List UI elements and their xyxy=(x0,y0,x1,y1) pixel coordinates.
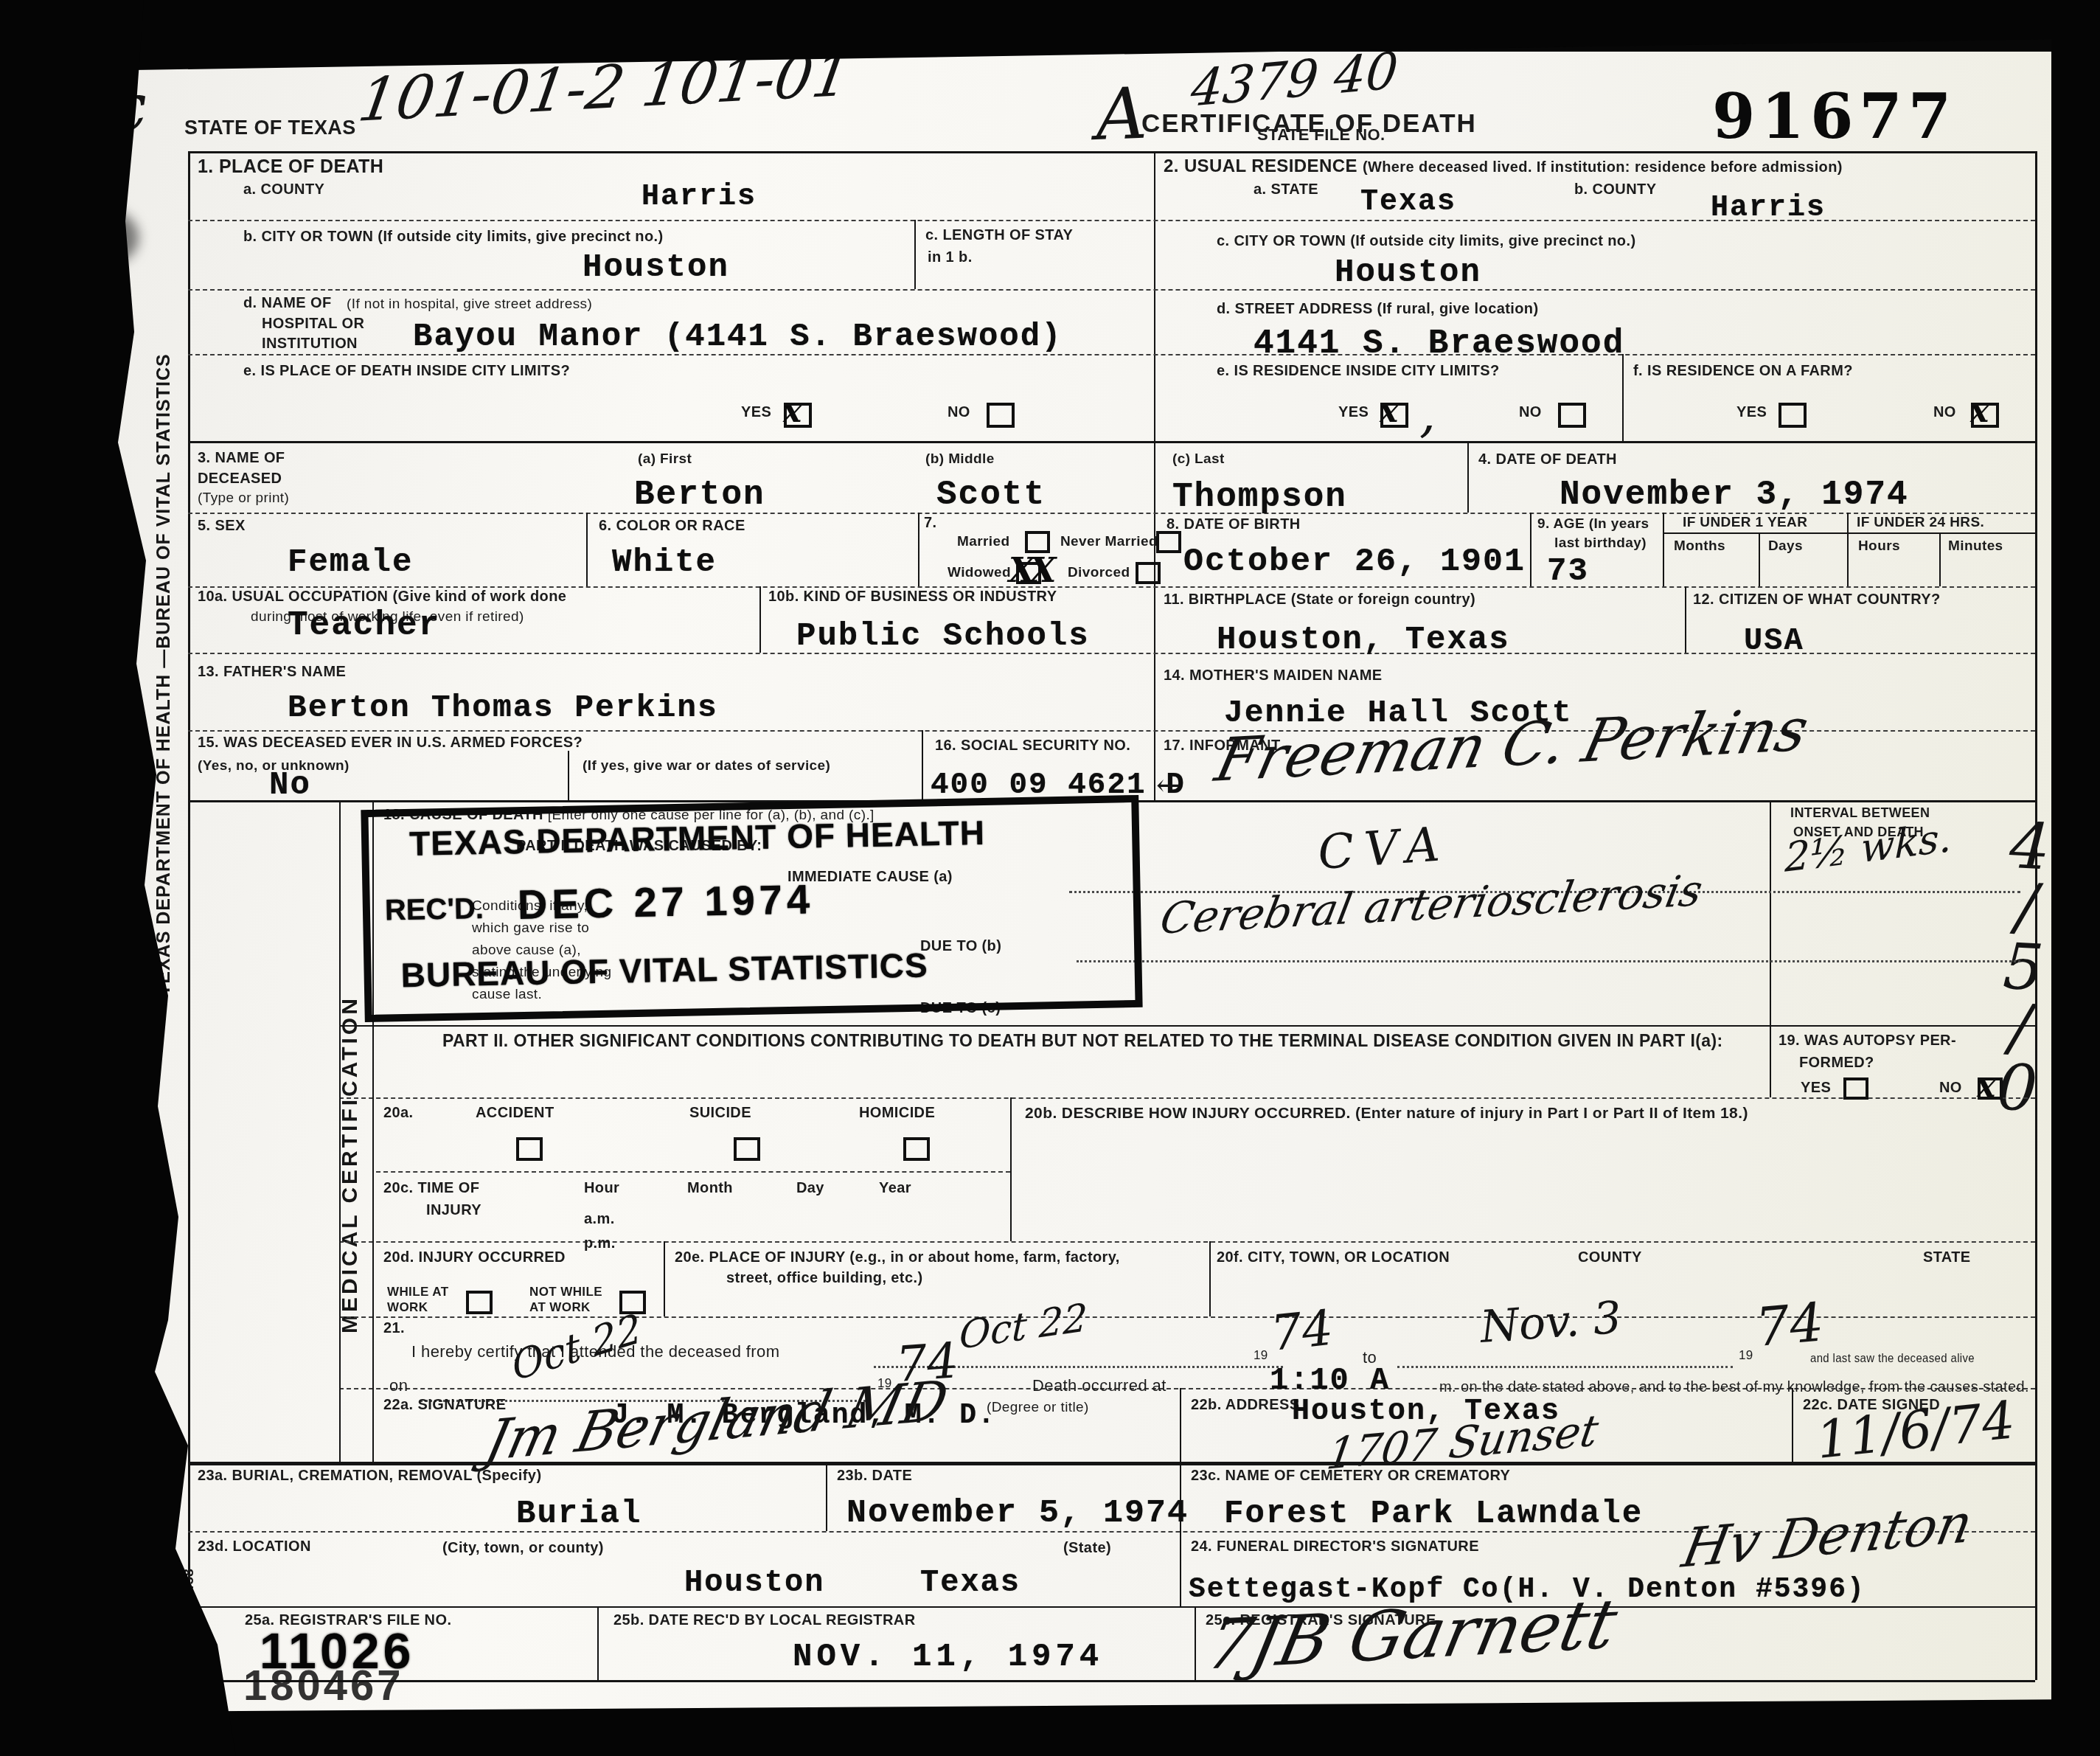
attended-to-handwriting: Nov. 3 xyxy=(1478,1292,1623,1353)
autopsy-no-checkbox: x xyxy=(1978,1077,2003,1100)
suicide-checkbox xyxy=(734,1137,760,1161)
farm-no-mark: x xyxy=(1970,393,1983,429)
if-under-24-hrs-label: IF UNDER 24 HRS. xyxy=(1857,515,1984,531)
death-time-value: 1:10 A xyxy=(1270,1363,1390,1398)
while-at-work-label-2: WORK xyxy=(387,1300,428,1315)
day-label: Day xyxy=(796,1180,824,1197)
autopsy-label-1: 19. WAS AUTOPSY PER- xyxy=(1779,1033,1956,1049)
place-of-injury-label-1: 20e. PLACE OF INJURY (e.g., in or about … xyxy=(675,1249,1120,1266)
farm-label: f. IS RESIDENCE ON A FARM? xyxy=(1633,363,1853,380)
hospital-label-2: HOSPITAL OR xyxy=(262,316,364,333)
autopsy-yes-label: YES xyxy=(1801,1080,1831,1097)
county-label: a. COUNTY xyxy=(243,181,324,198)
accident-row-num: 20a. xyxy=(383,1105,414,1122)
age-label-2: last birthday) xyxy=(1554,535,1647,552)
citizen-label: 12. CITIZEN OF WHAT COUNTRY? xyxy=(1693,591,1941,608)
industry-value: Public Schools xyxy=(796,618,1090,655)
residence-city-value: Houston xyxy=(1335,254,1481,291)
street-address-value: 4141 S. Braeswood xyxy=(1254,325,1624,363)
race-value: White xyxy=(612,544,717,581)
yr-prefix-2: 19 xyxy=(1739,1348,1753,1363)
county-value: Harris xyxy=(642,181,757,214)
state-file-no-label: STATE FILE NO. xyxy=(1257,125,1385,145)
never-married-label: Never Married xyxy=(1060,534,1158,550)
accident-checkbox xyxy=(516,1137,543,1161)
marital-label: 7. xyxy=(924,515,936,532)
state-file-number: 91677 xyxy=(1712,80,1957,153)
registrar-date-value: NOV. 11, 1974 xyxy=(793,1639,1103,1676)
homicide-label: HOMICIDE xyxy=(859,1105,935,1122)
sex-value: Female xyxy=(288,544,413,581)
to-year-handwriting: 74 xyxy=(1753,1291,1826,1358)
pm-label: p.m. xyxy=(584,1235,616,1252)
stamp-line-1: TEXAS DEPARTMENT OF HEALTH xyxy=(409,813,986,864)
ssn-label: 16. SOCIAL SECURITY NO. xyxy=(935,738,1130,754)
residence-state-label: a. STATE xyxy=(1254,181,1318,198)
age-value: 73 xyxy=(1547,553,1589,590)
name-heading-1: 3. NAME OF xyxy=(198,450,285,467)
autopsy-yes-checkbox xyxy=(1843,1077,1868,1100)
pod-no-label: NO xyxy=(948,404,970,421)
autopsy-label-2: FORMED? xyxy=(1799,1055,1874,1072)
occupation-label-1: 10a. USUAL OCCUPATION (Give kind of work… xyxy=(198,589,566,605)
left-sidebar-caption: TEXAS DEPARTMENT OF HEALTH —BUREAU OF VI… xyxy=(153,384,175,996)
burial-date-label: 23b. DATE xyxy=(837,1468,912,1485)
age-label-1: 9. AGE (In years xyxy=(1537,516,1649,532)
physician-address-label: 22b. ADDRESS xyxy=(1191,1397,1299,1414)
yr-prefix-1: 19 xyxy=(1254,1348,1268,1363)
farm-yes-checkbox xyxy=(1779,403,1807,428)
injury-county-label: COUNTY xyxy=(1578,1249,1642,1266)
res-limits-label: e. IS RESIDENCE INSIDE CITY LIMITS? xyxy=(1217,363,1500,380)
injury-occurred-label: 20d. INJURY OCCURRED xyxy=(383,1249,566,1266)
res-no-checkbox xyxy=(1558,403,1586,428)
burial-location-label: 23d. LOCATION xyxy=(198,1538,311,1555)
suicide-label: SUICIDE xyxy=(689,1105,751,1122)
divorced-checkbox xyxy=(1136,562,1161,584)
pod-yes-label: YES xyxy=(741,404,771,421)
last-name-label: (c) Last xyxy=(1172,451,1225,468)
industry-label: 10b. KIND OF BUSINESS OR INDUSTRY xyxy=(768,589,1057,605)
am-label: a.m. xyxy=(584,1211,615,1228)
title-flourish: A xyxy=(1094,72,1148,156)
stamp-date: DEC 27 1974 xyxy=(517,875,814,929)
widowed-checkbox: XX xyxy=(1016,562,1041,584)
street-address-label: d. STREET ADDRESS (If rural, give locati… xyxy=(1217,301,1539,318)
middle-name-label: (b) Middle xyxy=(925,451,995,468)
received-stamp: TEXAS DEPARTMENT OF HEALTH REC'D. DEC 27… xyxy=(361,795,1142,1022)
length-of-stay-sub: in 1 b. xyxy=(928,249,973,266)
minutes-label: Minutes xyxy=(1948,538,2003,555)
burial-value: Burial xyxy=(516,1496,642,1533)
burial-state-value: Texas xyxy=(920,1565,1021,1600)
farm-no-checkbox: x xyxy=(1971,403,1999,428)
time-of-injury-label-2: INJURY xyxy=(426,1202,481,1219)
month-label: Month xyxy=(687,1180,733,1197)
registrar-date-label: 25b. DATE REC'D BY LOCAL REGISTRAR xyxy=(613,1612,916,1629)
accident-label: ACCIDENT xyxy=(476,1105,554,1122)
farm-no-label: NO xyxy=(1933,404,1956,421)
hospital-value: Bayou Manor (4141 S. Braeswood) xyxy=(413,319,1063,355)
armed-forces-value: No xyxy=(269,767,311,804)
divorced-label: Divorced xyxy=(1068,565,1130,581)
race-label: 6. COLOR OR RACE xyxy=(599,518,745,535)
length-of-stay-label: c. LENGTH OF STAY xyxy=(925,227,1073,244)
hospital-label-1: d. NAME OF xyxy=(243,295,332,312)
place-of-death-heading: 1. PLACE OF DEATH xyxy=(198,156,383,178)
from-year-handwriting: 74 xyxy=(1268,1299,1336,1362)
name-heading-2: DECEASED xyxy=(198,471,282,487)
hour-label: Hour xyxy=(584,1180,619,1197)
microfilm-scan: 2oc TEXAS DEPARTMENT OF HEALTH —BUREAU O… xyxy=(0,0,2100,1756)
alive-text: and last saw the deceased alive xyxy=(1810,1351,1975,1366)
cemetery-label: 23c. NAME OF CEMETERY OR CREMATORY xyxy=(1191,1468,1510,1485)
pod-no-checkbox xyxy=(987,403,1015,428)
residence-county-value: Harris xyxy=(1711,192,1826,225)
film-edge-right xyxy=(2051,0,2100,1756)
last-name-value: Thompson xyxy=(1172,478,1347,516)
pod-yes-checkbox: x xyxy=(784,403,812,428)
date-of-death-label: 4. DATE OF DEATH xyxy=(1478,451,1617,468)
part2-label: PART II. OTHER SIGNIFICANT CONDITIONS CO… xyxy=(442,1031,1723,1051)
burial-label: 23a. BURIAL, CREMATION, REMOVAL (Specify… xyxy=(198,1468,541,1485)
physician-signature-label: 22a. SIGNATURE xyxy=(383,1397,506,1414)
cause-a-handwriting: CVA xyxy=(1316,817,1452,881)
city-label: b. CITY OR TOWN (If outside city limits,… xyxy=(243,229,664,246)
date-of-birth-value: October 26, 1901 xyxy=(1183,543,1526,580)
pod-limits-label: e. IS PLACE OF DEATH INSIDE CITY LIMITS? xyxy=(243,363,570,380)
citizen-value: USA xyxy=(1744,623,1804,659)
while-at-work-checkbox xyxy=(466,1291,493,1314)
usual-residence-heading-paren: (Where deceased lived. If institution: r… xyxy=(1363,159,1843,176)
death-occurred-tail: m. on the date stated above, and to the … xyxy=(1439,1379,2029,1396)
res-yes-comma: , xyxy=(1419,384,1436,444)
autopsy-no-mark: x xyxy=(1977,1068,1990,1104)
name-heading-3: (Type or print) xyxy=(198,490,289,507)
hospital-label-paren: (If not in hospital, give street address… xyxy=(347,296,592,313)
burial-location-paren-state: (State) xyxy=(1063,1540,1111,1557)
date-of-birth-label: 8. DATE OF BIRTH xyxy=(1167,516,1301,533)
res-yes-checkbox: x xyxy=(1380,403,1408,428)
degree-or-title-label: (Degree or title) xyxy=(987,1400,1089,1416)
time-of-injury-label-1: 20c. TIME OF xyxy=(383,1180,479,1197)
middle-name-value: Scott xyxy=(936,476,1046,514)
armed-forces-paren2: (If yes, give war or dates of service) xyxy=(583,758,830,774)
cemetery-value: Forest Park Lawndale xyxy=(1224,1496,1643,1533)
date-of-death-value: November 3, 1974 xyxy=(1560,476,1909,514)
widowed-mark: XX xyxy=(1009,550,1051,590)
city-value: Houston xyxy=(583,249,729,286)
informant-arrow: ← xyxy=(1156,768,1181,802)
birthplace-value: Houston, Texas xyxy=(1217,622,1510,659)
pod-yes-mark: x xyxy=(783,393,796,429)
res-no-label: NO xyxy=(1519,404,1542,421)
sex-label: 5. SEX xyxy=(198,518,246,535)
injury-state-label: STATE xyxy=(1923,1249,1971,1266)
res-yes-label: YES xyxy=(1338,404,1369,421)
year-label: Year xyxy=(879,1180,911,1197)
place-of-injury-label-2: street, office building, etc.) xyxy=(726,1270,922,1287)
hours-label: Hours xyxy=(1858,538,1900,555)
occupation-value: Teacher xyxy=(288,606,440,645)
funeral-director-label: 24. FUNERAL DIRECTOR'S SIGNATURE xyxy=(1191,1538,1479,1555)
first-name-value: Berton xyxy=(634,476,765,514)
death-occurred-label: Death occurred at xyxy=(1032,1376,1167,1395)
usual-residence-heading: 2. USUAL RESIDENCE (Where deceased lived… xyxy=(1164,156,1843,177)
res-yes-mark: x xyxy=(1380,393,1393,429)
not-while-at-work-label-2: AT WORK xyxy=(529,1300,591,1315)
autopsy-no-label: NO xyxy=(1939,1080,1962,1097)
describe-injury-label: 20b. DESCRIBE HOW INJURY OCCURRED. (Ente… xyxy=(1025,1105,1748,1122)
mothers-maiden-name-label: 14. MOTHER'S MAIDEN NAME xyxy=(1164,667,1383,684)
injury-city-label: 20f. CITY, TOWN, OR LOCATION xyxy=(1217,1249,1450,1266)
months-label: Months xyxy=(1674,538,1725,555)
not-while-at-work-label-1: NOT WHILE xyxy=(529,1285,602,1299)
burial-date-value: November 5, 1974 xyxy=(846,1494,1189,1532)
widowed-label: Widowed xyxy=(948,565,1011,581)
stamp-recd: REC'D. xyxy=(385,892,484,928)
first-name-label: (a) First xyxy=(638,451,692,468)
never-married-checkbox xyxy=(1156,531,1181,553)
state-of-texas-label: STATE OF TEXAS xyxy=(184,117,356,139)
burial-city-value: Houston xyxy=(684,1565,824,1600)
burial-location-paren-city: (City, town, or county) xyxy=(442,1540,604,1557)
stamp-line-2: BUREAU OF VITAL STATISTICS xyxy=(400,945,928,995)
fathers-name-label: 13. FATHER'S NAME xyxy=(198,664,346,681)
on-label: on xyxy=(389,1376,408,1395)
homicide-checkbox xyxy=(903,1137,930,1161)
certify-row-num: 21. xyxy=(383,1320,405,1337)
armed-forces-label: 15. WAS DECEASED EVER IN U.S. ARMED FORC… xyxy=(198,735,583,752)
hospital-label-3: INSTITUTION xyxy=(262,336,358,353)
residence-city-label: c. CITY OR TOWN (If outside city limits,… xyxy=(1217,233,1636,250)
usual-residence-heading-main: 2. USUAL RESIDENCE xyxy=(1164,156,1357,176)
birthplace-label: 11. BIRTHPLACE (State or foreign country… xyxy=(1164,591,1475,608)
if-under-1-year-label: IF UNDER 1 YEAR xyxy=(1683,515,1807,531)
fathers-name-value: Berton Thomas Perkins xyxy=(288,690,718,726)
days-label: Days xyxy=(1768,538,1803,555)
while-at-work-label-1: WHILE AT xyxy=(387,1285,448,1299)
married-label: Married xyxy=(957,534,1009,550)
farm-yes-label: YES xyxy=(1736,404,1767,421)
residence-county-label: b. COUNTY xyxy=(1574,181,1656,198)
registrar-file-no-partial: 180467 xyxy=(243,1661,404,1710)
residence-state-value: Texas xyxy=(1360,186,1456,219)
